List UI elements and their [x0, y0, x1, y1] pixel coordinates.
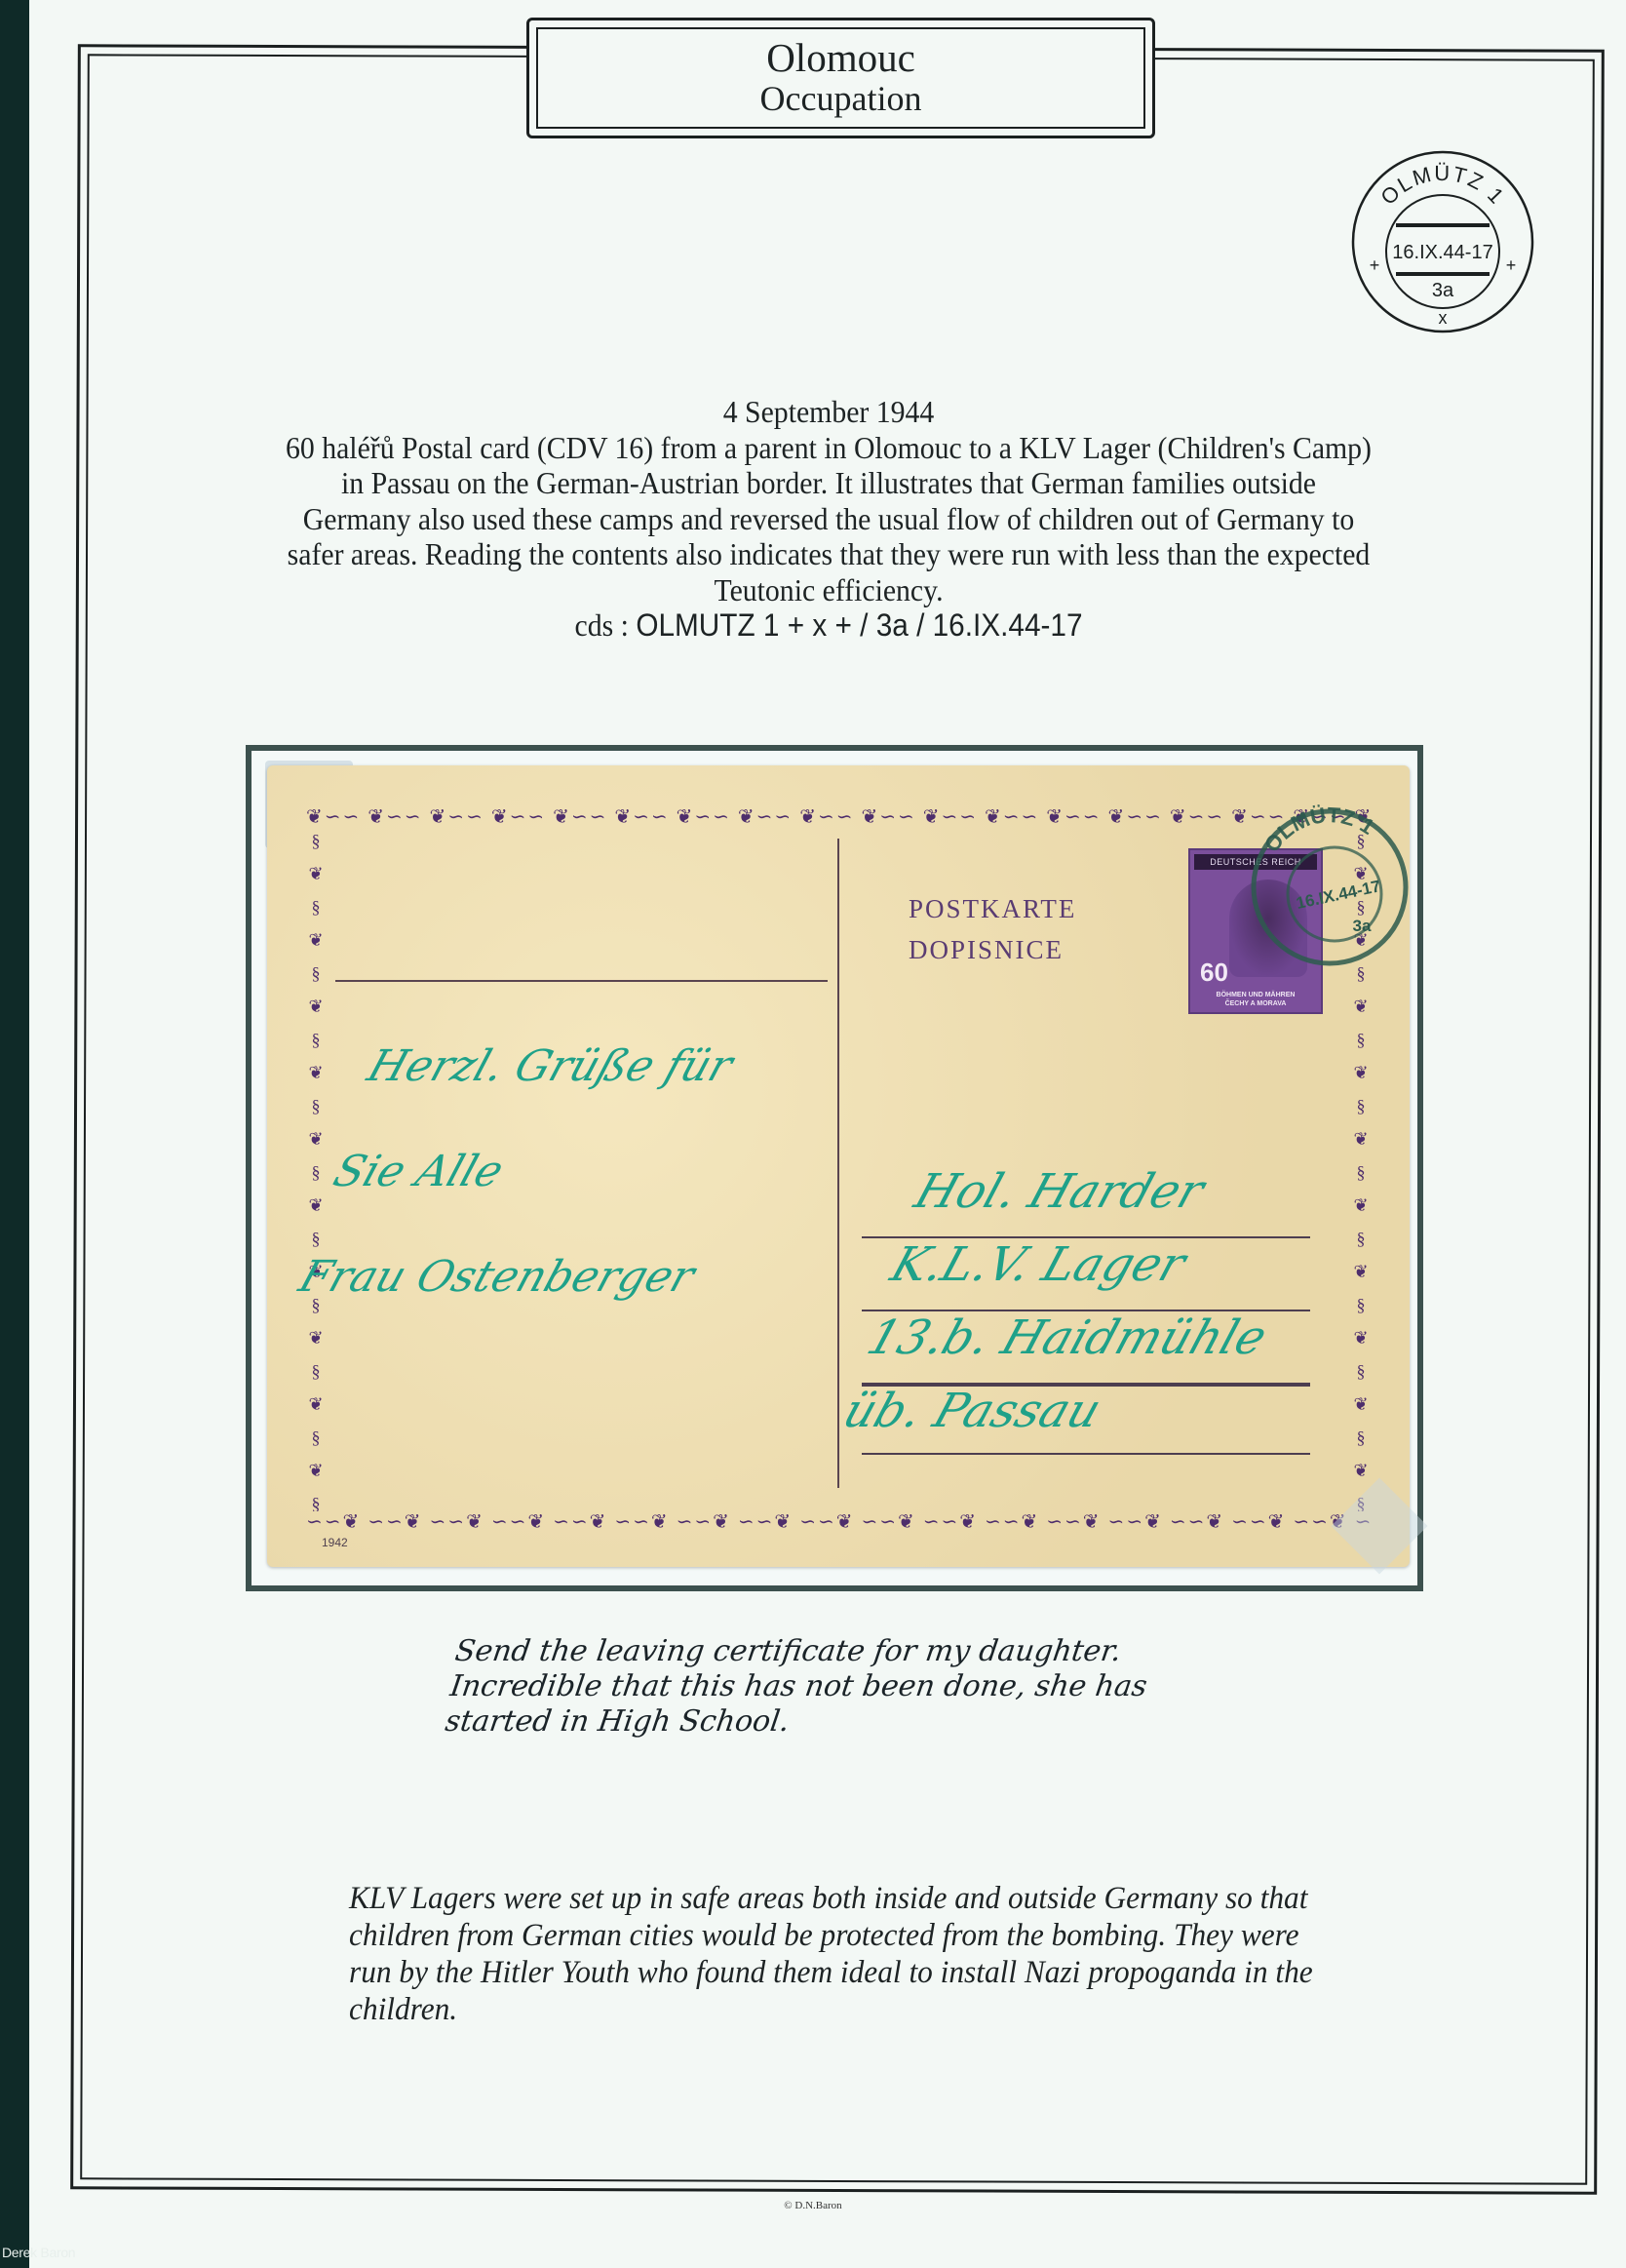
- description-block: 4 September 1944 60 haléřů Postal card (…: [285, 394, 1373, 644]
- svg-text:OLMÜTZ 1: OLMÜTZ 1: [1375, 161, 1510, 210]
- svg-text:+: +: [1506, 255, 1517, 275]
- handwritten-address: Hol. Harder K.L.V. Lager 13.b. Haidmühle…: [833, 1155, 1324, 1448]
- message-rule: [335, 980, 828, 982]
- postmark-illustration: OLMÜTZ 1 16.IX.44-17 3a + x +: [1345, 144, 1540, 339]
- card-heading-de: POSTKARTE: [909, 888, 1076, 929]
- title-box: Olomouc Occupation: [526, 18, 1155, 138]
- album-spine-edge: [0, 0, 29, 2268]
- postal-card: ❦∽∽ ❦∽∽ ❦∽∽ ❦∽∽ ❦∽∽ ❦∽∽ ❦∽∽ ❦∽∽ ❦∽∽ ❦∽∽ …: [267, 765, 1410, 1567]
- description-body: 60 haléřů Postal card (CDV 16) from a pa…: [285, 430, 1373, 608]
- page-title: Olomouc: [529, 36, 1152, 79]
- cds-value: OLMUTZ 1 + x + / 3a / 16.IX.44-17: [636, 607, 1082, 643]
- postmark-office: OLMÜTZ 1: [1375, 161, 1510, 210]
- stamp-value: 60: [1200, 958, 1228, 988]
- cancel-circle-icon: OLMÜTZ 1 16.IX.44-17 3a: [1247, 804, 1410, 970]
- handwritten-message: Herzl. Grüße für Sie Alle Frau Ostenberg…: [284, 1014, 778, 1330]
- printing-year: 1942: [322, 1536, 348, 1549]
- page-subtitle: Occupation: [529, 79, 1152, 118]
- card-cancel: OLMÜTZ 1 16.IX.44-17 3a: [1247, 804, 1410, 970]
- card-divider: [837, 839, 839, 1488]
- postmark-code: 3a: [1432, 280, 1454, 301]
- postmark-date: 16.IX.44-17: [1392, 242, 1492, 263]
- address-rule: [862, 1453, 1310, 1455]
- ornament-border-bottom: ∽∽❦ ∽∽❦ ∽∽❦ ∽∽❦ ∽∽❦ ∽∽❦ ∽∽❦ ∽∽❦ ∽∽❦ ∽∽❦ …: [306, 1509, 1371, 1531]
- svg-text:+: +: [1370, 255, 1380, 275]
- svg-text:x: x: [1439, 308, 1448, 328]
- cancel-code: 3a: [1353, 917, 1372, 935]
- stamp-footer: BÖHMEN UND MÄHREN ČECHY A MORAVA: [1194, 991, 1317, 1008]
- card-heading-cz: DOPISNICE: [909, 929, 1076, 970]
- card-heading: POSTKARTE DOPISNICE: [909, 888, 1076, 970]
- translation-text: Send the leaving certificate for my daug…: [443, 1634, 1315, 1740]
- description-date: 4 September 1944: [285, 394, 1373, 430]
- cds-line: cds : OLMUTZ 1 + x + / 3a / 16.IX.44-17: [285, 607, 1373, 644]
- ornament-border-top: ❦∽∽ ❦∽∽ ❦∽∽ ❦∽∽ ❦∽∽ ❦∽∽ ❦∽∽ ❦∽∽ ❦∽∽ ❦∽∽ …: [306, 804, 1371, 826]
- cds-label: cds :: [574, 607, 628, 643]
- ornament-border-left: §❦§❦§❦§❦§❦§❦§❦§❦§❦§❦§❦§❦§❦§❦§❦§❦§❦§❦§❦§❦…: [306, 824, 326, 1511]
- historical-note: KLV Lagers were set up in safe areas bot…: [349, 1880, 1331, 2028]
- photographer-watermark: Derek Baron: [2, 2245, 75, 2260]
- postmark-circle-icon: OLMÜTZ 1 16.IX.44-17 3a + x +: [1345, 144, 1540, 339]
- cancel-date: 16.IX.44-17: [1295, 877, 1382, 913]
- copyright: © D.N.Baron: [0, 2200, 1626, 2211]
